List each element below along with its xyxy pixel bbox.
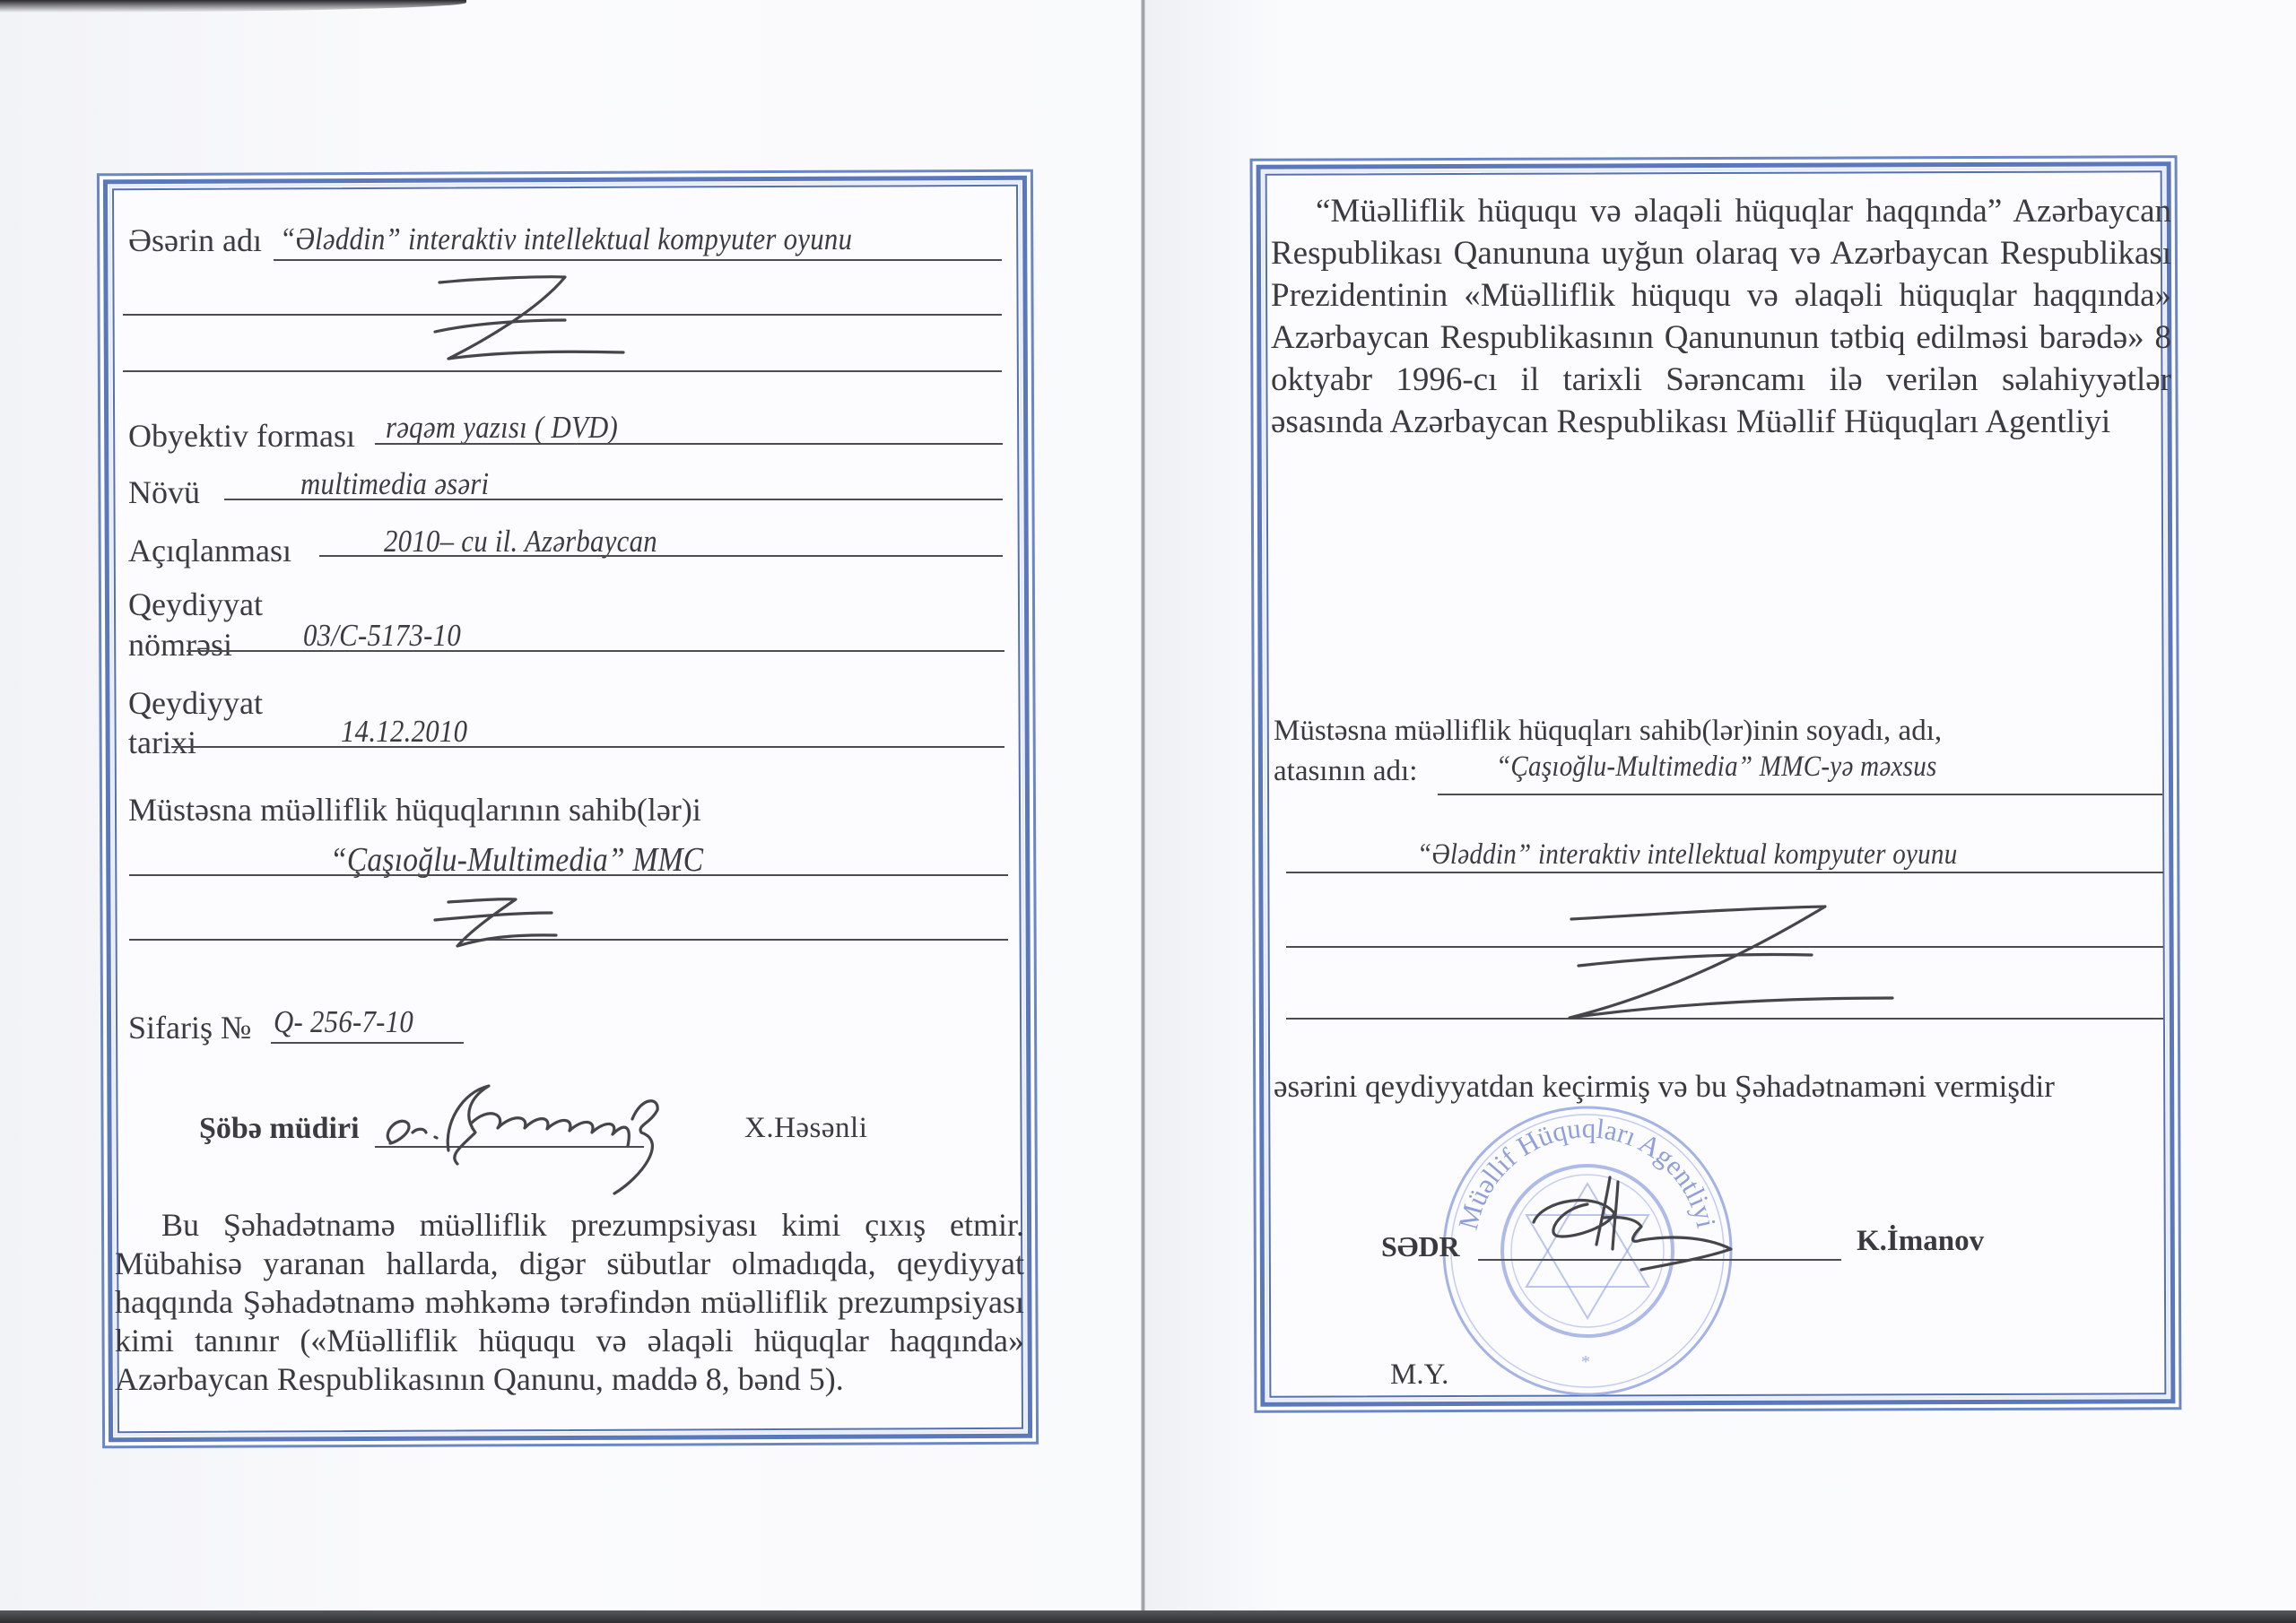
blank-rule-2: [123, 370, 1002, 372]
registration-number-value: 03/C-5173-10: [303, 618, 461, 654]
chairman-label: SƏDR: [1381, 1230, 1460, 1263]
disclosure-value: 2010– cu il. Azərbaycan: [384, 524, 657, 560]
disclosure-rule: [319, 555, 1003, 557]
presumption-notice: Bu Şəhadətnamə müəlliflik prezumpsiyası …: [115, 1206, 1024, 1399]
registration-date-value: 14.12.2010: [341, 714, 467, 750]
objective-form-rule: [375, 443, 1003, 445]
registration-date-label-line2: tarixi: [128, 724, 196, 761]
chairman-name: K.İmanov: [1857, 1225, 1984, 1258]
work-title-value: “Əlәddin” interaktiv intellektual kompyu…: [280, 221, 852, 257]
work-value: “Əlәddin” interaktiv intellektual kompyu…: [1417, 838, 1958, 872]
book-spine: [1141, 0, 1145, 1610]
holder-label-line2: atasının adı:: [1274, 755, 1417, 788]
svg-text:*: *: [1581, 1352, 1590, 1372]
registration-number-label-line1: Qeydiyyat: [128, 586, 263, 623]
order-value: Q- 256-7-10: [274, 1004, 413, 1040]
chairman-signature: [1525, 1173, 1749, 1280]
holder-label-line1: Müstəsna müəlliflik hüquqları sahib(lər)…: [1274, 715, 1942, 748]
registration-number-label-line2: nömrəsi: [128, 626, 232, 664]
seal-place-label: M.Y.: [1390, 1358, 1448, 1392]
work-title-label: Əsərin adı: [128, 221, 262, 259]
department-head-label: Şöbə müdiri: [199, 1112, 360, 1146]
order-label: Sifariş №: [128, 1009, 251, 1046]
department-head-signature: [372, 1079, 749, 1200]
work-value-rule: [1286, 872, 2163, 873]
legal-preamble: “Müəlliflik hüququ və əlaqəli hüquqlar h…: [1271, 190, 2171, 443]
objective-form-value: rəqəm yazısı ( DVD): [386, 410, 618, 446]
scan-shadow-bottom: [0, 1610, 2296, 1623]
strikeout-z-mark-1: [430, 273, 637, 368]
department-head-name: X.Həsənli: [744, 1112, 867, 1145]
order-rule: [271, 1042, 464, 1044]
registration-date-label-line1: Qeydiyyat: [128, 684, 263, 722]
registration-date-rule: [171, 746, 1004, 748]
rights-holder-blank-rule: [129, 939, 1008, 941]
type-label: Növü: [128, 473, 200, 511]
registration-number-rule: [187, 650, 1004, 652]
rights-holder-label: Müstəsna müəlliflik hüquqlarının sahib(l…: [128, 791, 701, 829]
strikeout-z-mark-2: [430, 897, 565, 950]
type-value: multimedia əsəri: [300, 466, 489, 502]
holder-value: “Çaşıoğlu-Multimedia” MMC-yə məxsus: [1496, 751, 1937, 784]
type-rule: [224, 499, 1003, 500]
holder-value-rule: [1438, 794, 2162, 795]
rights-holder-rule: [129, 874, 1008, 876]
work-title-rule: [274, 259, 1002, 261]
objective-form-label: Obyektiv forması: [128, 417, 355, 455]
disclosure-label: Açıqlanması: [128, 532, 291, 569]
strikeout-z-mark-3: [1561, 901, 1901, 1031]
